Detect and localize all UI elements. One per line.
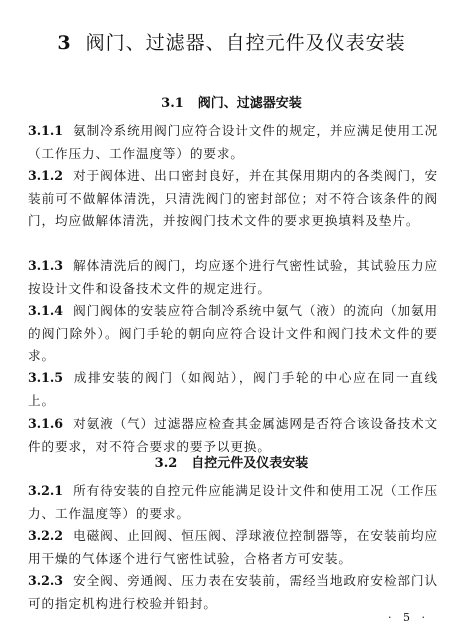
clause-3-2-1: 3.2.1所有待安装的自控元件应能满足设计文件和使用工况（工作压力、工作温度等）… bbox=[28, 480, 438, 525]
section-number: 3.1 bbox=[161, 96, 184, 111]
clause-text: 对氨液（气）过滤器应检查其金属滤网是否符合该设备技术文件的要求，对不符合要求的要… bbox=[28, 416, 438, 454]
section-number: 3.2 bbox=[155, 456, 178, 471]
section-title-text: 自控元件及仪表安装 bbox=[191, 456, 308, 471]
clause-text: 氨制冷系统用阀门应符合设计文件的规定，并应满足使用工况（工作压力、工作温度等）的… bbox=[28, 123, 438, 161]
clause-number: 3.2.3 bbox=[28, 573, 63, 588]
clause-number: 3.1.5 bbox=[28, 370, 63, 385]
clause-text: 对于阀体进、出口密封良好，并在其保用期内的各类阀门，安装前可不做解体清洗，只清洗… bbox=[28, 168, 438, 228]
clause-3-2-2: 3.2.2电磁阀、止回阀、恒压阀、浮球液位控制器等，在安装前均应用干燥的气体逐个… bbox=[28, 525, 438, 570]
clause-text: 成排安装的阀门（如阀站），阀门手轮的中心应在同一直线上。 bbox=[28, 370, 438, 408]
clause-text: 所有待安装的自控元件应能满足设计文件和使用工况（工作压力、工作温度等）的要求。 bbox=[28, 483, 438, 521]
chapter-number: 3 bbox=[57, 32, 71, 54]
chapter-title-text: 阀门、过滤器、自控元件及仪表安装 bbox=[86, 32, 406, 54]
clause-number: 3.1.2 bbox=[28, 168, 63, 183]
clause-text: 解体清洗后的阀门，均应逐个进行气密性试验，其试验压力应按设计文件和设备技术文件的… bbox=[28, 258, 438, 296]
document-page: 3阀门、过滤器、自控元件及仪表安装 3.1阀门、过滤器安装 3.1.1氨制冷系统… bbox=[0, 0, 463, 642]
clause-number: 3.1.6 bbox=[28, 416, 63, 431]
section-title-3-1: 3.1阀门、过滤器安装 bbox=[0, 92, 463, 111]
clause-number: 3.2.2 bbox=[28, 528, 63, 543]
clause-number: 3.1.1 bbox=[28, 123, 63, 138]
chapter-title: 3阀门、过滤器、自控元件及仪表安装 bbox=[0, 28, 463, 55]
page-number: · 5 · bbox=[388, 611, 429, 624]
clause-3-1-5: 3.1.5成排安装的阀门（如阀站），阀门手轮的中心应在同一直线上。 bbox=[28, 367, 438, 412]
clause-number: 3.1.4 bbox=[28, 303, 63, 318]
clause-text: 阀门阀体的安装应符合制冷系统中氨气（液）的流向（加氨用的阀门除外）。阀门手轮的朝… bbox=[28, 303, 438, 363]
clause-3-1-4: 3.1.4阀门阀体的安装应符合制冷系统中氨气（液）的流向（加氨用的阀门除外）。阀… bbox=[28, 300, 438, 368]
section-title-3-2: 3.2自控元件及仪表安装 bbox=[0, 452, 463, 471]
clause-3-2-3: 3.2.3安全阀、旁通阀、压力表在安装前，需经当地政府安检部门认可的指定机构进行… bbox=[28, 570, 438, 615]
clause-3-1-1: 3.1.1氨制冷系统用阀门应符合设计文件的规定，并应满足使用工况（工作压力、工作… bbox=[28, 120, 438, 165]
section-title-text: 阀门、过滤器安装 bbox=[198, 96, 302, 111]
clause-3-1-2: 3.1.2对于阀体进、出口密封良好，并在其保用期内的各类阀门，安装前可不做解体清… bbox=[28, 165, 438, 233]
clause-3-1-3: 3.1.3解体清洗后的阀门，均应逐个进行气密性试验，其试验压力应按设计文件和设备… bbox=[28, 255, 438, 300]
clause-number: 3.1.3 bbox=[28, 258, 63, 273]
clause-number: 3.2.1 bbox=[28, 483, 63, 498]
clause-text: 电磁阀、止回阀、恒压阀、浮球液位控制器等，在安装前均应用干燥的气体逐个进行气密性… bbox=[28, 528, 438, 566]
clause-text: 安全阀、旁通阀、压力表在安装前，需经当地政府安检部门认可的指定机构进行校验并铅封… bbox=[28, 573, 438, 611]
